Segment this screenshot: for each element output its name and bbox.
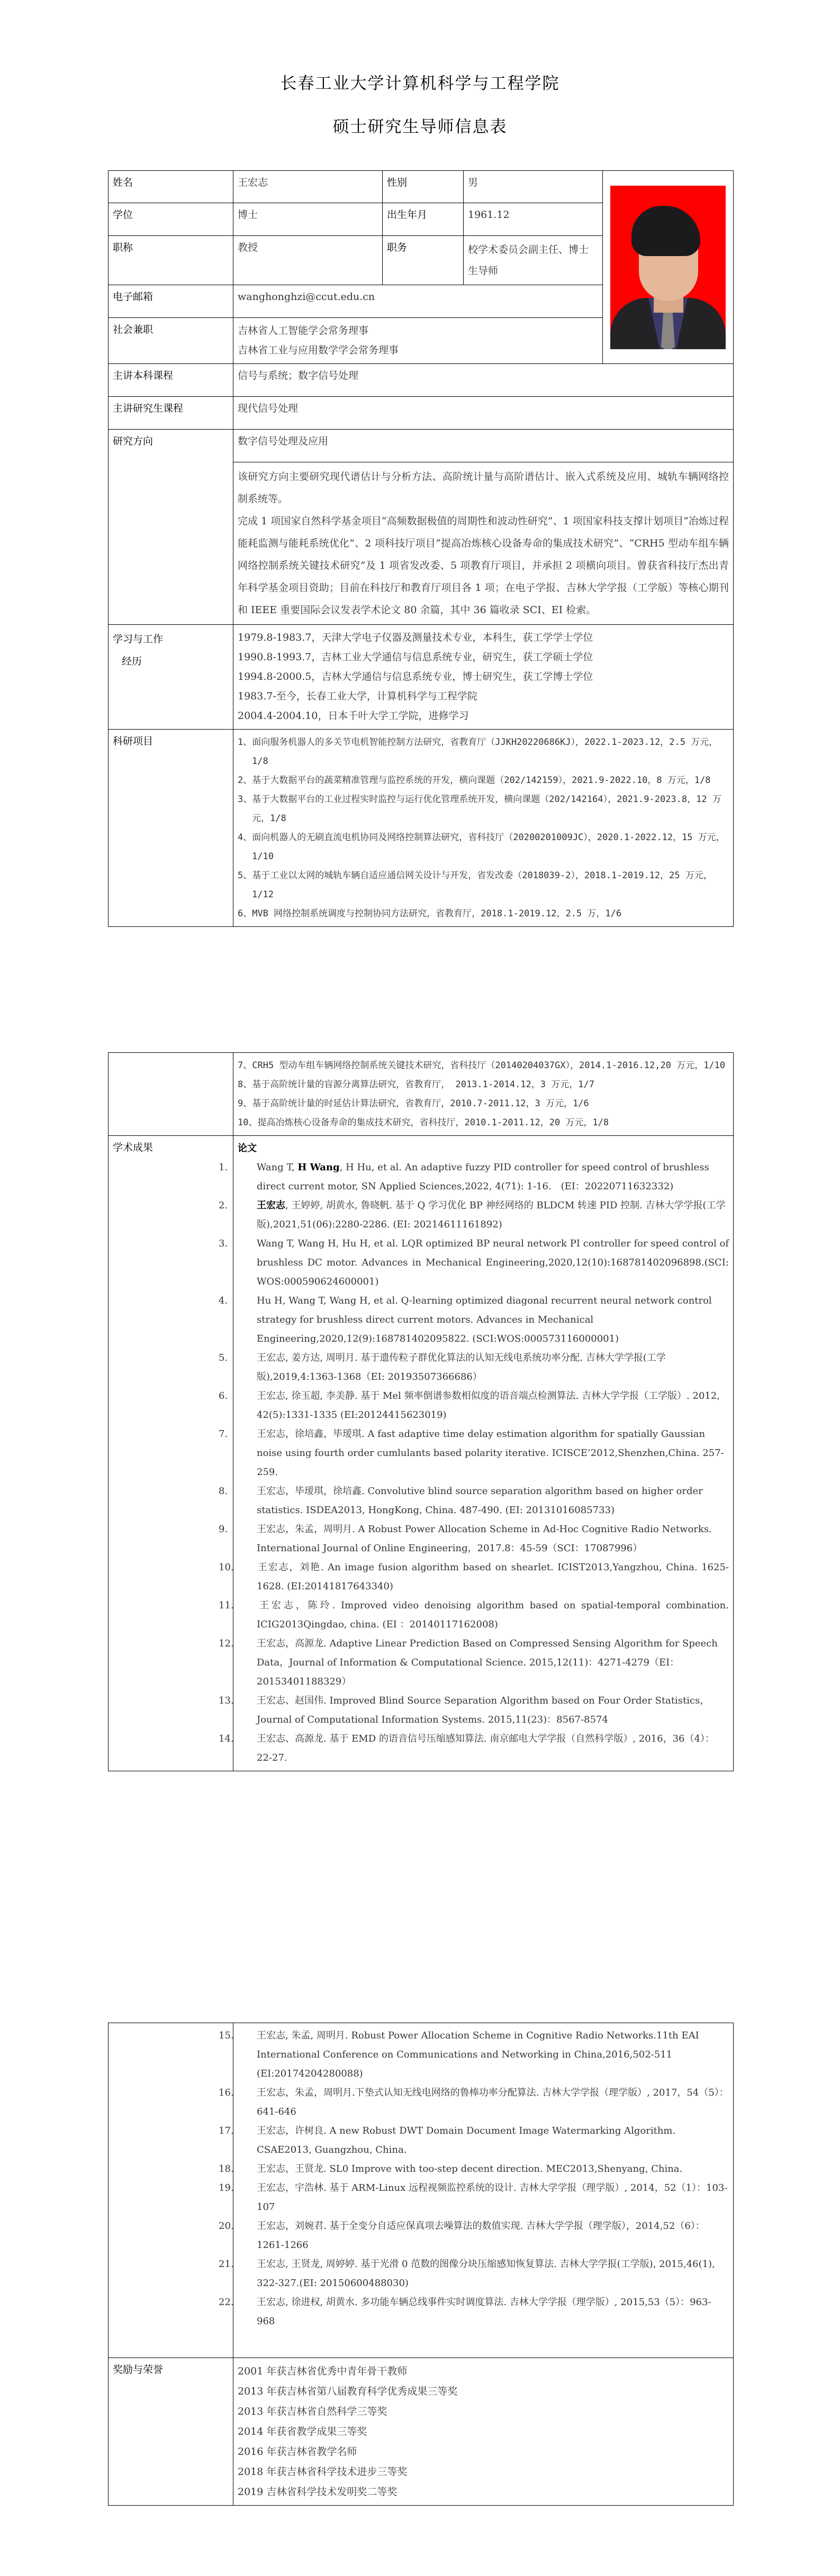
papers-list: 论文 1.Wang T, H Wang, H Hu, et al. An ada…: [233, 1136, 734, 1771]
research-direction-value: 数字信号处理及应用: [233, 430, 734, 462]
undergrad-courses-label: 主讲本科课程: [109, 364, 233, 397]
social-item: 吉林省工业与应用数学学会常务理事: [238, 341, 598, 360]
award-item: 2013 年获吉林省第八届教育科学优秀成果三等奖: [238, 2381, 729, 2401]
paper-item: 18.王宏志，王贤龙. SL0 Improve with too-step de…: [238, 2160, 729, 2179]
experience-item: 1994.8-2000.5，吉林大学通信与信息系统专业，博士研究生，获工学博士学…: [238, 667, 729, 687]
page-title-college: 长春工业大学计算机科学与工程学院: [0, 70, 840, 94]
awards-label: 奖励与荣誉: [109, 2358, 233, 2506]
gender-value: 男: [464, 171, 603, 203]
title-value: 教授: [233, 236, 383, 285]
experience-item: 2004.4-2004.10，日本千叶大学工学院，进修学习: [238, 706, 729, 726]
paper-item: 8.王宏志，毕瑷琪，徐培鑫. Convolutive blind source …: [238, 1482, 729, 1520]
projects-list: 1、面向服务机器人的多关节电机智能控制方法研究，省教育厅（JJKH2022068…: [233, 730, 734, 927]
paper-item: 10.王宏志，刘艳. An image fusion algorithm bas…: [238, 1558, 729, 1596]
project-item: 4、面向机器人的无刷直流电机协同及网络控制算法研究，省科技厅（202002010…: [238, 828, 729, 866]
paper-item: 19.王宏志，宇浩林. 基于 ARM-Linux 远程视频监控系统的设计. 吉林…: [238, 2179, 729, 2217]
paper-item: 11.王宏志，陈玲. Improved video denoising algo…: [238, 1596, 729, 1634]
paper-item: 16.王宏志，朱孟，周明月.下垫式认知无线电网络的鲁棒功率分配算法. 吉林大学学…: [238, 2083, 729, 2122]
degree-value: 博士: [233, 203, 383, 236]
row-projects-page2: 7、CRH5 型动车组车辆网络控制系统关键技术研究，省科技厅（201402040…: [109, 1053, 734, 1136]
paper-item: 15.王宏志, 朱孟, 周明月. Robust Power Allocation…: [238, 2026, 729, 2083]
info-table-page3: 15.王宏志, 朱孟, 周明月. Robust Power Allocation…: [108, 2023, 734, 2506]
page-title-form: 硕士研究生导师信息表: [0, 113, 840, 137]
social-label: 社会兼职: [109, 318, 233, 364]
row-projects-page1: 科研项目 1、面向服务机器人的多关节电机智能控制方法研究，省教育厅（JJKH20…: [109, 730, 734, 927]
position-label: 职务: [383, 236, 464, 285]
experience-item: 1990.8-1993.7，吉林工业大学通信与信息系统专业，研究生，获工学硕士学…: [238, 648, 729, 667]
portrait-photo: [610, 186, 726, 349]
undergrad-courses-value: 信号与系统；数字信号处理: [233, 364, 734, 397]
research-label: 研究方向: [109, 430, 233, 625]
research-description-para: 该研究方向主要研究现代谱估计与分析方法、高阶统计量与高阶谱估计、嵌入式系统及应用…: [238, 466, 729, 510]
experience-item: 1983.7-至今，长春工业大学，计算机科学与工程学院: [238, 687, 729, 706]
achievements-label: 学术成果: [109, 1136, 233, 1771]
email-label: 电子邮箱: [109, 285, 233, 318]
name-label: 姓名: [109, 171, 233, 203]
experience-list: 1979.8-1983.7，天津大学电子仪器及测量技术专业，本科生，获工学学士学…: [233, 625, 734, 730]
project-item: 1、面向服务机器人的多关节电机智能控制方法研究，省教育厅（JJKH2022068…: [238, 733, 729, 771]
paper-item: 13.王宏志、赵国伟. Improved Blind Source Separa…: [238, 1691, 729, 1730]
paper-item: 22.王宏志, 徐进权, 胡黄水. 多功能车辆总线事件实时调度算法. 吉林大学学…: [238, 2293, 729, 2331]
row-achievements-continued: 15.王宏志, 朱孟, 周明月. Robust Power Allocation…: [109, 2023, 734, 2358]
row-achievements: 学术成果 论文 1.Wang T, H Wang, H Hu, et al. A…: [109, 1136, 734, 1771]
project-item: 6、MVB 网络控制系统调度与控制协同方法研究，省教育厅，2018.1-2019…: [238, 904, 729, 923]
paper-item: 1.Wang T, H Wang, H Hu, et al. An adapti…: [238, 1158, 729, 1196]
name-value: 王宏志: [233, 171, 383, 203]
paper-item: 9.王宏志，朱孟，周明月. A Robust Power Allocation …: [238, 1520, 729, 1558]
award-item: 2001 年获吉林省优秀中青年骨干教师: [238, 2361, 729, 2381]
degree-label: 学位: [109, 203, 233, 236]
papers-list-continued: 15.王宏志, 朱孟, 周明月. Robust Power Allocation…: [233, 2023, 734, 2358]
row-awards: 奖励与荣誉 2001 年获吉林省优秀中青年骨干教师 2013 年获吉林省第八届教…: [109, 2358, 734, 2506]
award-item: 2019 吉林省科学技术发明奖二等奖: [238, 2482, 729, 2502]
research-description: 该研究方向主要研究现代谱估计与分析方法、高阶统计量与高阶谱估计、嵌入式系统及应用…: [233, 462, 734, 625]
achievements-label-continued: [109, 2023, 233, 2358]
social-value: 吉林省人工智能学会常务理事 吉林省工业与应用数学学会常务理事: [233, 318, 603, 364]
grad-courses-label: 主讲研究生课程: [109, 397, 233, 430]
gender-label: 性别: [383, 171, 464, 203]
project-item: 7、CRH5 型动车组车辆网络控制系统关键技术研究，省科技厅（201402040…: [238, 1056, 729, 1075]
research-description-para: 完成 1 项国家自然科学基金项目“高频数据极值的周期性和波动性研究”、1 项国家…: [238, 510, 729, 621]
info-table-page1: 姓名 王宏志 性别 男 学位 博士 出生年月 1961.12 职称 教授 职务 …: [108, 170, 734, 927]
info-table-page2: 7、CRH5 型动车组车辆网络控制系统关键技术研究，省科技厅（201402040…: [108, 1052, 734, 1771]
social-item: 吉林省人工智能学会常务理事: [238, 321, 598, 341]
paper-item: 12.王宏志，高源龙. Adaptive Linear Prediction B…: [238, 1634, 729, 1691]
paper-item: 21.王宏志, 王贤龙, 周婷婷. 基于光滑 0 范数的图像分块压缩感知恢复算法…: [238, 2255, 729, 2293]
project-item: 2、基于大数据平台的蔬菜精准管理与监控系统的开发，横向课题（202/142159…: [238, 771, 729, 790]
project-item: 5、基于工业以太网的城轨车辆自适应通信网关设计与开发，省发改委（2018039-…: [238, 866, 729, 904]
grad-courses-value: 现代信号处理: [233, 397, 734, 430]
photo-cell: [603, 171, 734, 364]
paper-item: 14.王宏志、高源龙. 基于 EMD 的语音信号压缩感知算法. 南京邮电大学学报…: [238, 1730, 729, 1768]
award-item: 2016 年获吉林省教学名师: [238, 2442, 729, 2462]
paper-item: 17.王宏志，许树良. A new Robust DWT Domain Docu…: [238, 2122, 729, 2160]
paper-item: 2.王宏志, 王婷婷, 胡黄水, 鲁晓帆. 基于 Q 学习优化 BP 神经网络的…: [238, 1196, 729, 1234]
row-name: 姓名 王宏志 性别 男: [109, 171, 734, 203]
project-item: 10、提高冶炼核心设备寿命的集成技术研究，省科技厅，2010.1-2011.12…: [238, 1113, 729, 1132]
paper-item: 5.王宏志, 姜方达, 周明月. 基于遗传粒子群优化算法的认知无线电系统功率分配…: [238, 1349, 729, 1387]
birth-label: 出生年月: [383, 203, 464, 236]
award-item: 2013 年获吉林省自然科学三等奖: [238, 2401, 729, 2422]
project-item: 3、基于大数据平台的工业过程实时监控与运行优化管理系统开发，横向课题（202/1…: [238, 790, 729, 828]
paper-item: 4.Hu H, Wang T, Wang H, et al. Q-learnin…: [238, 1291, 729, 1349]
papers-heading: 论文: [238, 1139, 729, 1158]
experience-item: 1979.8-1983.7，天津大学电子仪器及测量技术专业，本科生，获工学学士学…: [238, 628, 729, 648]
row-grad-courses: 主讲研究生课程 现代信号处理: [109, 397, 734, 430]
project-item: 9、基于高阶统计量的时延估计算法研究，省教育厅，2010.7-2011.12，3…: [238, 1094, 729, 1113]
awards-list: 2001 年获吉林省优秀中青年骨干教师 2013 年获吉林省第八届教育科学优秀成…: [233, 2358, 734, 2506]
photo-hair: [631, 206, 700, 256]
row-research-direction: 研究方向 数字信号处理及应用: [109, 430, 734, 462]
birth-value: 1961.12: [464, 203, 603, 236]
position-value: 校学术委员会副主任、博士生导师: [464, 236, 603, 285]
award-item: 2014 年获省教学成果三等奖: [238, 2422, 729, 2442]
email-link[interactable]: wanghonghzi@ccut.edu.cn: [238, 291, 375, 303]
award-item: 2018 年获吉林省科学技术进步三等奖: [238, 2462, 729, 2482]
experience-label: 学习与工作 经历: [109, 625, 233, 730]
projects-list-continued: 7、CRH5 型动车组车辆网络控制系统关键技术研究，省科技厅（201402040…: [233, 1053, 734, 1136]
projects-label: 科研项目: [109, 730, 233, 927]
row-undergrad-courses: 主讲本科课程 信号与系统；数字信号处理: [109, 364, 734, 397]
paper-item: 20.王宏志，刘婉君. 基于全变分自适应保真项去噪算法的数值实现. 吉林大学学报…: [238, 2217, 729, 2255]
project-item: 8、基于高阶统计量的盲源分离算法研究，省教育厅， 2013.1-2014.12，…: [238, 1075, 729, 1094]
paper-item: 7.王宏志，徐培鑫，毕瑷琪. A fast adaptive time dela…: [238, 1425, 729, 1482]
projects-label-continued: [109, 1053, 233, 1136]
row-experience: 学习与工作 经历 1979.8-1983.7，天津大学电子仪器及测量技术专业，本…: [109, 625, 734, 730]
title-label: 职称: [109, 236, 233, 285]
paper-item: 3.Wang T, Wang H, Hu H, et al. LQR optim…: [238, 1234, 729, 1291]
paper-item: 6.王宏志, 徐玉超, 李美静. 基于 Mel 频率倒谱参数相似度的语音端点检测…: [238, 1387, 729, 1425]
